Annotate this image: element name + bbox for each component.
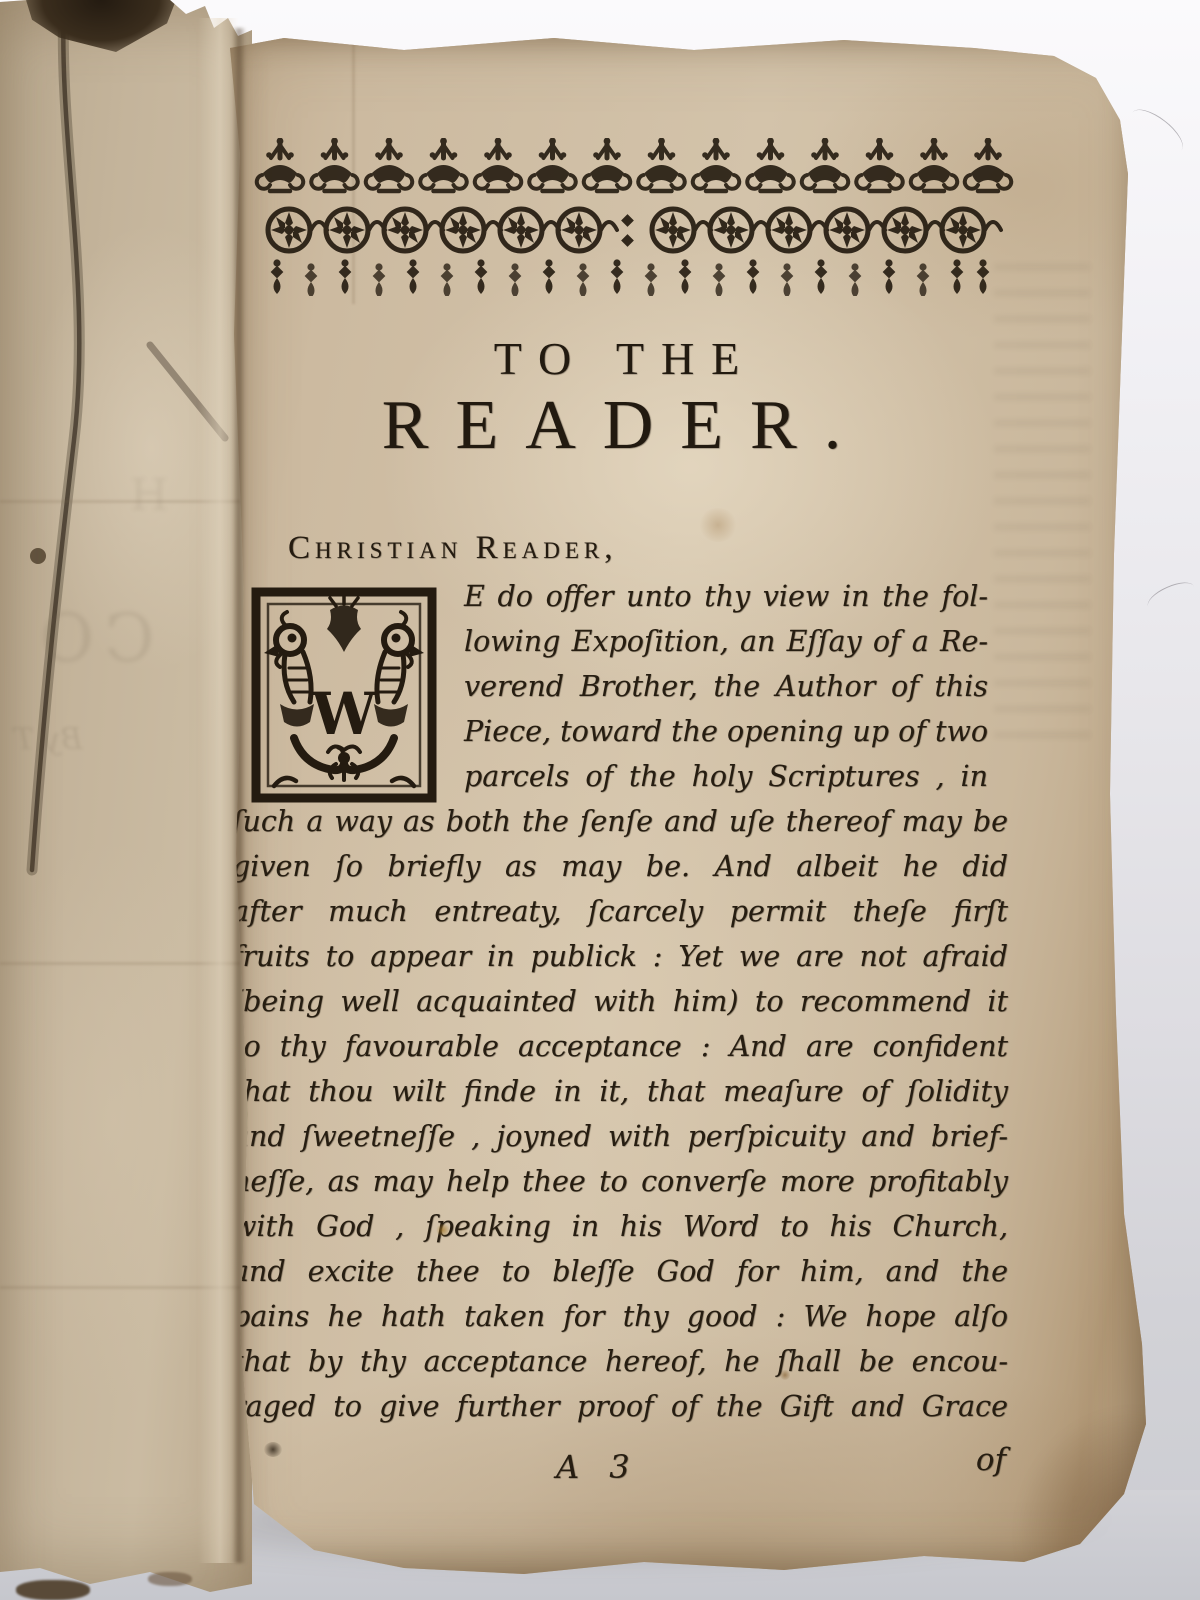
reader-page: TO THE READER. Christian Reader, bbox=[224, 34, 1156, 1580]
ghost-text: CO bbox=[30, 600, 155, 677]
body-line: Piece, toward the opening up of two bbox=[464, 715, 988, 760]
body-line: raged to give further proof of the Gift … bbox=[232, 1390, 1008, 1435]
drop-cap-woodcut: W bbox=[250, 586, 438, 804]
body-line: neſſe, as may help thee to converſe more… bbox=[232, 1165, 1008, 1210]
headpiece-ornament bbox=[252, 138, 1016, 296]
body-line: ſuch a way as both the ſenſe and uſe the… bbox=[232, 805, 1008, 850]
signature-mark: A 3 bbox=[556, 1448, 640, 1486]
body-line: pains he hath taken for thy good : We ho… bbox=[232, 1300, 1008, 1345]
body-line: parcels of the holy Scriptures , in bbox=[464, 760, 988, 805]
page-title-line2: READER. bbox=[230, 386, 1020, 466]
body-line: lowing Expoſition, an Eſſay of a Re- bbox=[464, 625, 988, 670]
flower-ornament-icon bbox=[328, 746, 360, 780]
body-line: after much entreaty, ſcarcely permit the… bbox=[232, 895, 1008, 940]
body-line: given ſo briefly as may be. And albeit h… bbox=[232, 850, 1008, 895]
page-title-line1: TO THE bbox=[230, 332, 1020, 385]
ghost-text: H bbox=[130, 470, 168, 521]
spine-gutter bbox=[232, 28, 246, 1563]
thistle-ornament-icon bbox=[327, 595, 361, 652]
ghost-text: By T bbox=[14, 722, 83, 757]
salutation: Christian Reader, bbox=[288, 530, 618, 567]
body-line: with God , ſpeaking in his Word to his C… bbox=[232, 1210, 1008, 1255]
body-line: verend Brother, the Author of this bbox=[464, 670, 988, 715]
body-line: and excite thee to bleſſe God for him, a… bbox=[232, 1255, 1008, 1300]
body-line: that by thy acceptance hereof, he ſhall … bbox=[232, 1345, 1008, 1390]
body-line: to thy favourable acceptance : And are c… bbox=[232, 1030, 1008, 1075]
cover-fragment bbox=[148, 1572, 192, 1586]
stain bbox=[780, 1370, 790, 1380]
cover-fragment bbox=[16, 1580, 90, 1600]
body-line: and ſweetneſſe , joyned with perſpicuity… bbox=[232, 1120, 1008, 1165]
stain bbox=[264, 1442, 282, 1457]
drop-cap-letter: W bbox=[310, 680, 377, 748]
stain bbox=[698, 508, 738, 542]
body-line: that thou wilt finde in it, that meaſure… bbox=[232, 1075, 1008, 1120]
catchword: of bbox=[914, 1442, 1006, 1478]
stain bbox=[436, 1224, 450, 1236]
body-line: E do offer unto thy view in the fol- bbox=[464, 580, 988, 625]
photo-scene: CO By T H bbox=[0, 0, 1200, 1600]
body-line: fruits to appear in publick : Yet we are… bbox=[232, 940, 1008, 985]
body-line: (being well acquainted with him) to reco… bbox=[232, 985, 1008, 1030]
